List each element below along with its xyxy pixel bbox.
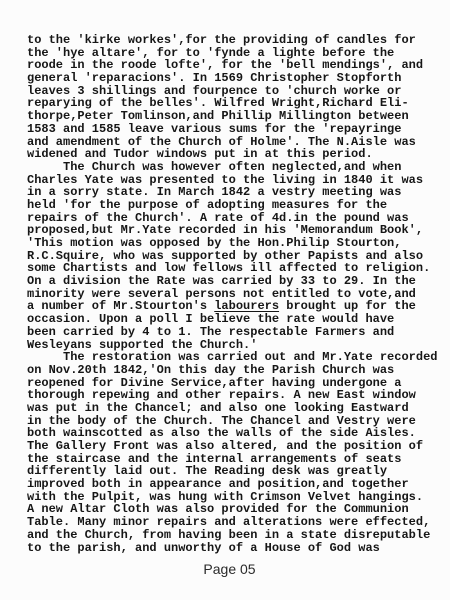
text-line: been carried by 4 to 1. The respectable … <box>27 326 432 339</box>
text-line: 'This motion was opposed by the Hon.Phil… <box>27 237 432 250</box>
text-line: held 'for the purpose of adopting measur… <box>27 199 432 212</box>
text-line: occasion. Upon a poll I believe the rate… <box>27 313 432 326</box>
text-line: The Gallery Front was also altered, and … <box>27 440 432 453</box>
text-line: 1583 and 1585 leave various sums for the… <box>27 123 432 136</box>
page-number: Page 05 <box>27 561 432 577</box>
text-line: general 'reparacions'. In 1569 Christoph… <box>27 72 432 85</box>
text-line: was put in the Chancel; and also one loo… <box>27 402 432 415</box>
text-line: On a division the Rate was carried by 33… <box>27 275 432 288</box>
text-line: to the 'kirke workes',for the providing … <box>27 34 432 47</box>
text-line: improved both in appearance and position… <box>27 478 432 491</box>
document-page: to the 'kirke workes',for the providing … <box>0 0 450 600</box>
text-line: on Nov.20th 1842,'On this day the Parish… <box>27 364 432 377</box>
text-line: Table. Many minor repairs and alteration… <box>27 516 432 529</box>
text-line: and the Church, from having been in a st… <box>27 529 432 542</box>
text-line: The Church was however often neglected,a… <box>27 161 432 174</box>
text-line: The restoration was carried out and Mr.Y… <box>27 351 432 364</box>
text-line: thorpe,Peter Tomlinson,and Phillip Milli… <box>27 110 432 123</box>
text-line: widened and Tudor windows put in at this… <box>27 148 432 161</box>
page-lines: to the 'kirke workes',for the providing … <box>27 34 432 554</box>
text-line: to the parish, and unworthy of a House o… <box>27 542 432 555</box>
